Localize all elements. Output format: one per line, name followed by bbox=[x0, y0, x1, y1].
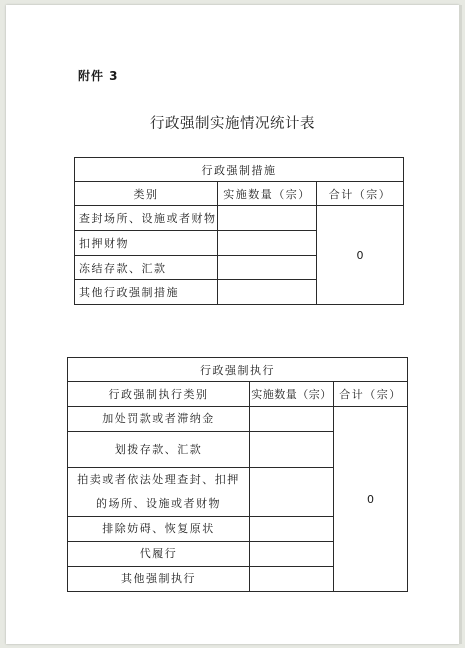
table-row: 查封场所、设施或者财物 0 bbox=[75, 206, 404, 231]
count-cell[interactable] bbox=[218, 256, 317, 280]
category-cell: 冻结存款、汇款 bbox=[75, 256, 218, 280]
category-cell: 扣押财物 bbox=[75, 231, 218, 256]
count-cell[interactable] bbox=[218, 206, 317, 231]
category-cell: 其他行政强制措施 bbox=[75, 280, 218, 305]
count-cell[interactable] bbox=[250, 542, 334, 567]
total-cell: 0 bbox=[317, 206, 404, 305]
count-cell[interactable] bbox=[218, 280, 317, 305]
coercive-measures-table: 行政强制措施 类别 实施数量（宗） 合计（宗） 查封场所、设施或者财物 0 扣押… bbox=[74, 157, 404, 305]
column-header-count: 实施数量（宗） bbox=[218, 182, 317, 206]
page-title: 行政强制实施情况统计表 bbox=[0, 112, 465, 133]
attachment-label: 附件 3 bbox=[78, 67, 119, 84]
count-cell[interactable] bbox=[218, 231, 317, 256]
category-cell: 划拨存款、汇款 bbox=[68, 432, 250, 468]
category-cell: 其他强制执行 bbox=[68, 567, 250, 592]
table-row: 加处罚款或者滞纳金 0 bbox=[68, 407, 408, 432]
count-cell[interactable] bbox=[250, 407, 334, 432]
table-section-title: 行政强制措施 bbox=[75, 158, 404, 182]
total-cell: 0 bbox=[334, 407, 408, 592]
category-cell: 拍卖或者依法处理查封、扣押的场所、设施或者财物 bbox=[68, 468, 250, 517]
category-cell: 代履行 bbox=[68, 542, 250, 567]
category-cell: 排除妨碍、恢复原状 bbox=[68, 517, 250, 542]
count-cell[interactable] bbox=[250, 567, 334, 592]
category-cell: 查封场所、设施或者财物 bbox=[75, 206, 218, 231]
column-header-total: 合计（宗） bbox=[334, 382, 408, 407]
column-header-category: 类别 bbox=[75, 182, 218, 206]
column-header-count: 实施数量（宗） bbox=[250, 382, 334, 407]
count-cell[interactable] bbox=[250, 517, 334, 542]
category-cell: 加处罚款或者滞纳金 bbox=[68, 407, 250, 432]
table-section-title: 行政强制执行 bbox=[68, 358, 408, 382]
scrollbar[interactable] bbox=[459, 5, 462, 644]
count-cell[interactable] bbox=[250, 468, 334, 517]
column-header-total: 合计（宗） bbox=[317, 182, 404, 206]
count-cell[interactable] bbox=[250, 432, 334, 468]
coercive-enforcement-table: 行政强制执行 行政强制执行类别 实施数量（宗） 合计（宗） 加处罚款或者滞纳金 … bbox=[67, 357, 408, 592]
column-header-category: 行政强制执行类别 bbox=[68, 382, 250, 407]
